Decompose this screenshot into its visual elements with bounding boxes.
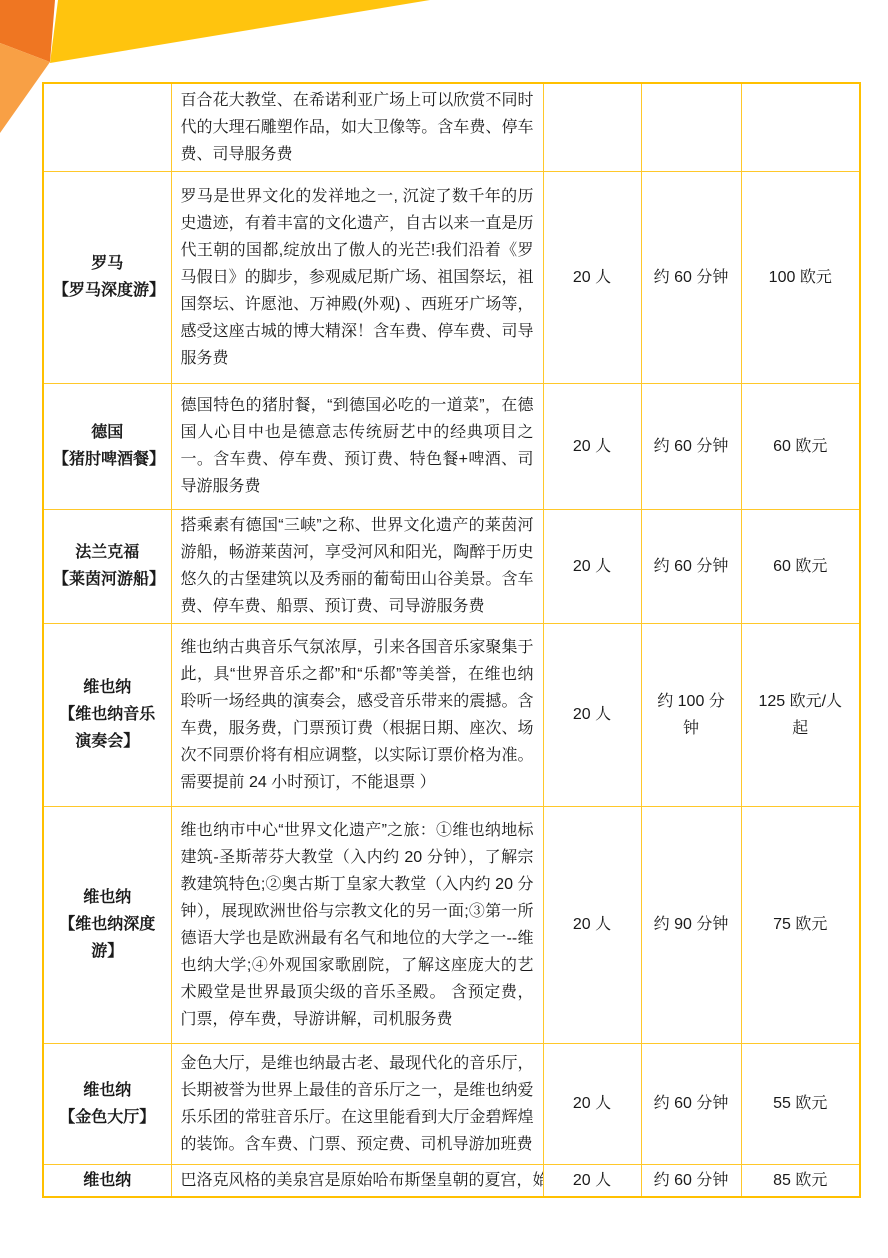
- duration-cell: 约 60 分钟: [641, 383, 741, 509]
- price-cell: 60 欧元: [741, 509, 860, 623]
- table-row: 维也纳 巴洛克风格的美泉宫是原始哈布斯堡皇朝的夏宫，始 20 人 约 60 分钟…: [43, 1164, 860, 1197]
- yellow-triangle: [50, 0, 430, 63]
- tour-description-cell: 罗马是世界文化的发祥地之一, 沉淀了数千年的历史遗迹，有着丰富的文化遗产，自古以…: [171, 171, 543, 383]
- tour-name-cell: 维也纳: [43, 1164, 171, 1197]
- tour-name-cell: 罗马 【罗马深度游】: [43, 171, 171, 383]
- table-row: 维也纳 【维也纳深度 游】 维也纳市中心“世界文化遗产”之旅：①维也纳地标建筑-…: [43, 806, 860, 1043]
- group-size-cell: 20 人: [543, 171, 641, 383]
- price-cell: 75 欧元: [741, 806, 860, 1043]
- table-row: 百合花大教堂、在希诺利亚广场上可以欣赏不同时代的大理石雕塑作品，如大卫像等。含车…: [43, 83, 860, 171]
- tour-description-cell: 维也纳古典音乐气氛浓厚，引来各国音乐家聚集于此，具“世界音乐之都”和“乐都”等美…: [171, 623, 543, 806]
- group-size-cell: 20 人: [543, 623, 641, 806]
- group-size-cell: [543, 83, 641, 171]
- table-row: 法兰克福 【莱茵河游船】 搭乘素有德国“三峡”之称、世界文化遗产的莱茵河游船，畅…: [43, 509, 860, 623]
- price-cell: 125 欧元/人起: [741, 623, 860, 806]
- price-cell: 55 欧元: [741, 1043, 860, 1164]
- duration-cell: 约 90 分钟: [641, 806, 741, 1043]
- duration-cell: 约 60 分钟: [641, 509, 741, 623]
- group-size-cell: 20 人: [543, 806, 641, 1043]
- tour-description-cell: 巴洛克风格的美泉宫是原始哈布斯堡皇朝的夏宫，始: [171, 1164, 543, 1197]
- tour-description-cell: 维也纳市中心“世界文化遗产”之旅：①维也纳地标建筑-圣斯蒂芬大教堂（入内约 20…: [171, 806, 543, 1043]
- group-size-cell: 20 人: [543, 509, 641, 623]
- tour-description-cell: 德国特色的猪肘餐，“到德国必吃的一道菜”，在德国人心目中也是德意志传统厨艺中的经…: [171, 383, 543, 509]
- optional-tours-table: 百合花大教堂、在希诺利亚广场上可以欣赏不同时代的大理石雕塑作品，如大卫像等。含车…: [42, 82, 861, 1198]
- price-cell: 100 欧元: [741, 171, 860, 383]
- tour-name-cell: 维也纳 【维也纳音乐 演奏会】: [43, 623, 171, 806]
- tour-name-cell: 法兰克福 【莱茵河游船】: [43, 509, 171, 623]
- price-cell: [741, 83, 860, 171]
- group-size-cell: 20 人: [543, 1164, 641, 1197]
- price-cell: 60 欧元: [741, 383, 860, 509]
- dark-orange-triangle: [0, 0, 55, 62]
- group-size-cell: 20 人: [543, 1043, 641, 1164]
- tour-name-cell: [43, 83, 171, 171]
- duration-cell: 约 60 分钟: [641, 1043, 741, 1164]
- duration-cell: 约 60 分钟: [641, 171, 741, 383]
- tour-description-cell: 搭乘素有德国“三峡”之称、世界文化遗产的莱茵河游船，畅游莱茵河，享受河风和阳光，…: [171, 509, 543, 623]
- group-size-cell: 20 人: [543, 383, 641, 509]
- table-row: 维也纳 【金色大厅】 金色大厅，是维也纳最古老、最现代化的音乐厅，长期被誉为世界…: [43, 1043, 860, 1164]
- tour-description-cell: 金色大厅，是维也纳最古老、最现代化的音乐厅，长期被誉为世界上最佳的音乐厅之一，是…: [171, 1043, 543, 1164]
- duration-cell: 约 100 分钟: [641, 623, 741, 806]
- table-row: 德国 【猪肘啤酒餐】 德国特色的猪肘餐，“到德国必吃的一道菜”，在德国人心目中也…: [43, 383, 860, 509]
- tour-name-cell: 维也纳 【维也纳深度 游】: [43, 806, 171, 1043]
- table-row: 维也纳 【维也纳音乐 演奏会】 维也纳古典音乐气氛浓厚，引来各国音乐家聚集于此，…: [43, 623, 860, 806]
- table-row: 罗马 【罗马深度游】 罗马是世界文化的发祥地之一, 沉淀了数千年的历史遗迹，有着…: [43, 171, 860, 383]
- tour-description-cell: 百合花大教堂、在希诺利亚广场上可以欣赏不同时代的大理石雕塑作品，如大卫像等。含车…: [171, 83, 543, 171]
- duration-cell: 约 60 分钟: [641, 1164, 741, 1197]
- duration-cell: [641, 83, 741, 171]
- tour-name-cell: 维也纳 【金色大厅】: [43, 1043, 171, 1164]
- tour-name-cell: 德国 【猪肘啤酒餐】: [43, 383, 171, 509]
- price-cell: 85 欧元: [741, 1164, 860, 1197]
